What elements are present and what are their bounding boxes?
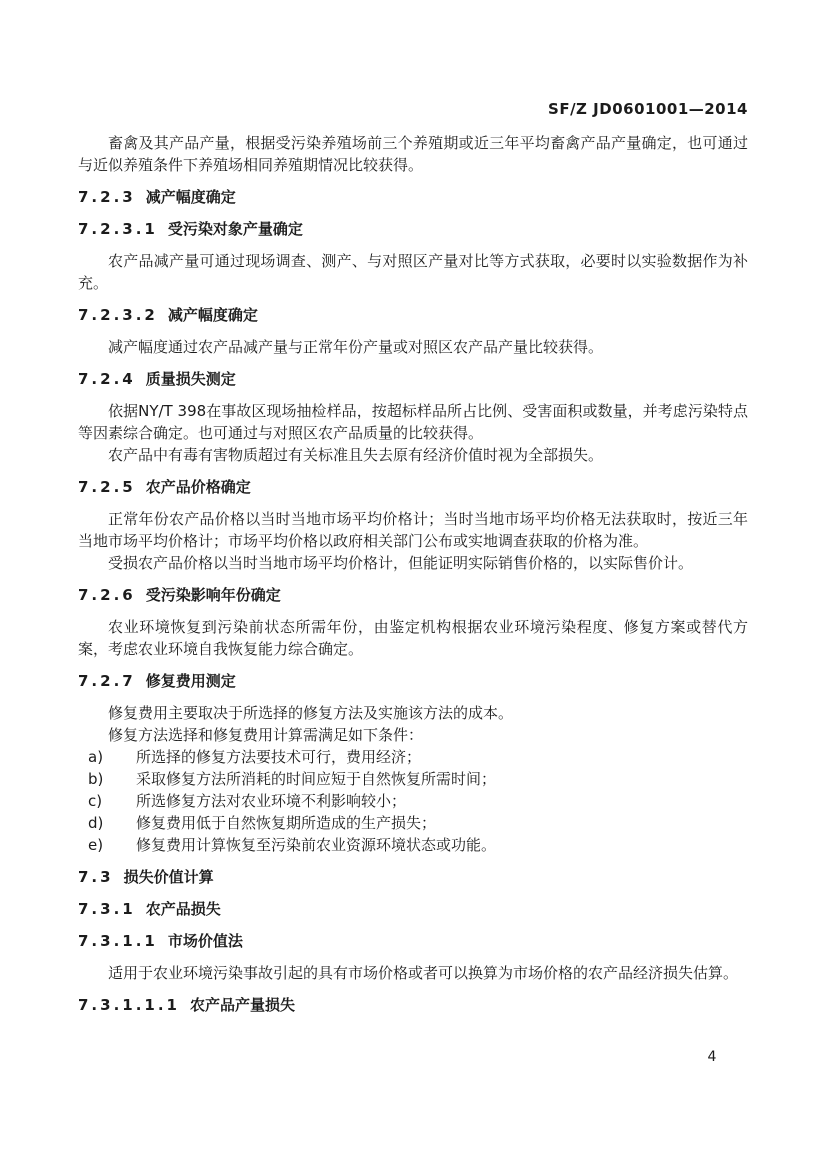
list-item-text: 所选择的修复方法要技术可行，费用经济； [136, 746, 748, 768]
list-item-label: b) [88, 768, 136, 790]
section-title: 损失价值计算 [124, 868, 214, 886]
section-heading: 7.3.1.1市场价值法 [78, 930, 748, 952]
list-item: c)所选修复方法对农业环境不利影响较小； [88, 790, 748, 812]
section-heading: 7.3.1.1.1农产品产量损失 [78, 994, 748, 1016]
section-number: 7.2.3.1 [78, 220, 158, 238]
list-item: b)采取修复方法所消耗的时间应短于自然恢复所需时间； [88, 768, 748, 790]
paragraph: 农业环境恢复到污染前状态所需年份，由鉴定机构根据农业环境污染程度、修复方案或替代… [78, 616, 748, 660]
paragraph: 受损农产品价格以当时当地市场平均价格计，但能证明实际销售价格的，以实际售价计。 [78, 552, 748, 574]
section-title: 受污染对象产量确定 [168, 220, 303, 238]
section-title: 农产品损失 [146, 900, 221, 918]
section-number: 7.2.3.2 [78, 306, 158, 324]
list-item: d)修复费用低于自然恢复期所造成的生产损失； [88, 812, 748, 834]
section-number: 7.3.1.1 [78, 932, 158, 950]
section-heading: 7.2.3.2减产幅度确定 [78, 304, 748, 326]
section-number: 7.2.5 [78, 478, 136, 496]
section-heading: 7.2.3减产幅度确定 [78, 186, 748, 208]
paragraph: 依据NY/T 398在事故区现场抽检样品，按超标样品所占比例、受害面积或数量，并… [78, 400, 748, 444]
section-title: 受污染影响年份确定 [146, 586, 281, 604]
list-item-label: d) [88, 812, 136, 834]
section-heading: 7.2.7修复费用测定 [78, 670, 748, 692]
section-title: 减产幅度确定 [168, 306, 258, 324]
list-item: e)修复费用计算恢复至污染前农业资源环境状态或功能。 [88, 834, 748, 856]
section-heading: 7.2.3.1受污染对象产量确定 [78, 218, 748, 240]
section-heading: 7.2.6受污染影响年份确定 [78, 584, 748, 606]
section-heading: 7.2.5农产品价格确定 [78, 476, 748, 498]
section-number: 7.3.1.1.1 [78, 996, 180, 1014]
section-number: 7.3 [78, 868, 114, 886]
list-item-text: 所选修复方法对农业环境不利影响较小； [136, 790, 748, 812]
list-item: a)所选择的修复方法要技术可行，费用经济； [88, 746, 748, 768]
section-number: 7.3.1 [78, 900, 136, 918]
paragraph: 正常年份农产品价格以当时当地市场平均价格计；当时当地市场平均价格无法获取时，按近… [78, 508, 748, 552]
section-title: 减产幅度确定 [146, 188, 236, 206]
section-number: 7.2.6 [78, 586, 136, 604]
section-title: 市场价值法 [168, 932, 243, 950]
paragraph: 修复费用主要取决于所选择的修复方法及实施该方法的成本。 [78, 702, 748, 724]
list-item-label: e) [88, 834, 136, 856]
list-item-label: a) [88, 746, 136, 768]
running-head-document-code: SF/Z JD0601001—2014 [78, 100, 748, 118]
page-number: 4 [700, 1049, 724, 1065]
section-title: 农产品价格确定 [146, 478, 251, 496]
list-item-text: 修复费用低于自然恢复期所造成的生产损失； [136, 812, 748, 834]
section-title: 修复费用测定 [146, 672, 236, 690]
paragraph: 适用于农业环境污染事故引起的具有市场价格或者可以换算为市场价格的农产品经济损失估… [78, 962, 748, 984]
list-item-text: 修复费用计算恢复至污染前农业资源环境状态或功能。 [136, 834, 748, 856]
document-page: SF/Z JD0601001—2014 畜禽及其产品产量，根据受污染养殖场前三个… [0, 0, 827, 1169]
paragraph: 农产品减产量可通过现场调查、测产、与对照区产量对比等方式获取，必要时以实验数据作… [78, 250, 748, 294]
section-title: 农产品产量损失 [190, 996, 295, 1014]
list-item-label: c) [88, 790, 136, 812]
section-title: 质量损失测定 [146, 370, 236, 388]
paragraph: 农产品中有毒有害物质超过有关标准且失去原有经济价值时视为全部损失。 [78, 444, 748, 466]
section-number: 7.2.7 [78, 672, 136, 690]
section-heading: 7.2.4质量损失测定 [78, 368, 748, 390]
section-heading: 7.3.1农产品损失 [78, 898, 748, 920]
section-number: 7.2.3 [78, 188, 136, 206]
section-number: 7.2.4 [78, 370, 136, 388]
list-item-text: 采取修复方法所消耗的时间应短于自然恢复所需时间； [136, 768, 748, 790]
section-heading: 7.3损失价值计算 [78, 866, 748, 888]
paragraph: 修复方法选择和修复费用计算需满足如下条件： [78, 724, 748, 746]
paragraph: 减产幅度通过农产品减产量与正常年份产量或对照区农产品产量比较获得。 [78, 336, 748, 358]
paragraph: 畜禽及其产品产量，根据受污染养殖场前三个养殖期或近三年平均畜禽产品产量确定，也可… [78, 132, 748, 176]
document-body: 畜禽及其产品产量，根据受污染养殖场前三个养殖期或近三年平均畜禽产品产量确定，也可… [78, 132, 748, 1026]
